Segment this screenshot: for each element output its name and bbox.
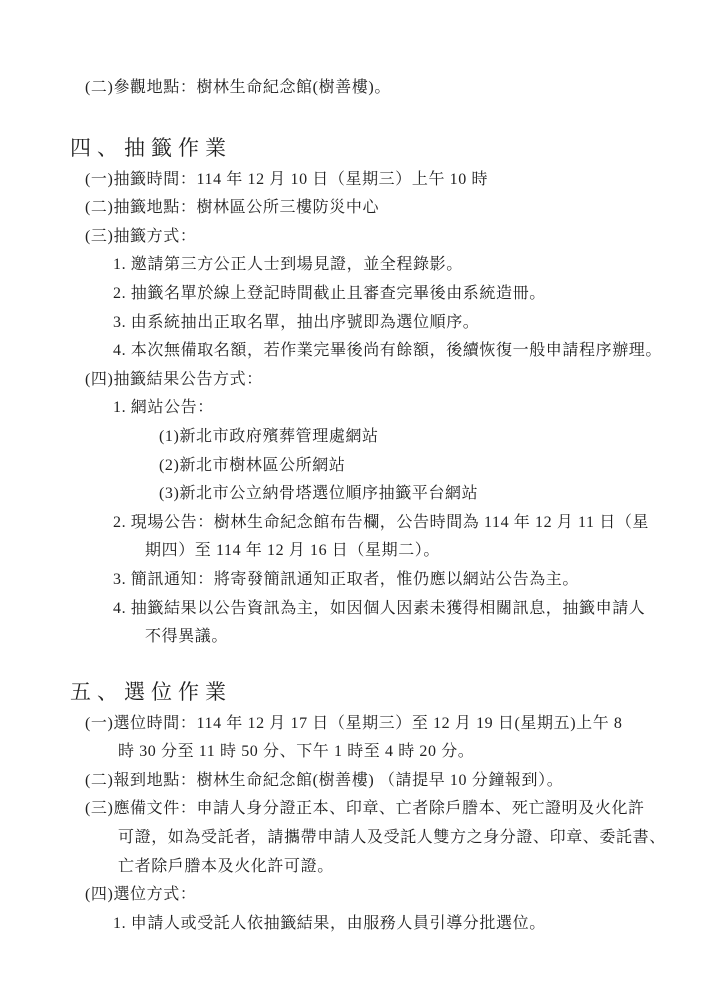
line-checkin-location: (二)報到地點：樹林生命紀念館(樹善樓) （請提早 10 分鐘報到）。 <box>85 767 707 796</box>
line-lottery-time: (一)抽籤時間：114 年 12 月 10 日（星期三）上午 10 時 <box>85 166 707 195</box>
line-lottery-method-label: (三)抽籤方式： <box>85 223 707 252</box>
line-selection-method-1: 1. 申請人或受託人依抽籤結果，由服務人員引導分批選位。 <box>113 910 707 939</box>
line-announcement-web-1: (1)新北市政府殯葬管理處網站 <box>159 423 707 452</box>
document-page: (二)參觀地點：樹林生命紀念館(樹善樓)。 四、抽籤作業 (一)抽籤時間：114… <box>0 0 707 1000</box>
line-lottery-method-2: 2. 抽籤名單於線上登記時間截止且審查完畢後由系統造冊。 <box>113 280 707 309</box>
heading-lottery-section: 四、抽籤作業 <box>70 130 707 166</box>
line-visit-location: (二)參觀地點：樹林生命紀念館(樹善樓)。 <box>85 74 707 103</box>
line-selection-method-label: (四)選位方式： <box>85 881 707 910</box>
line-announcement-result-1: 4. 抽籤結果以公告資訊為主，如因個人因素未獲得相關訊息，抽籤申請人 <box>113 595 707 624</box>
line-announcement-sms: 3. 簡訊通知：將寄發簡訊通知正取者，惟仍應以網站公告為主。 <box>113 566 707 595</box>
line-announcement-onsite-1: 2. 現場公告：樹林生命紀念館布告欄，公告時間為 114 年 12 月 11 日… <box>113 509 707 538</box>
line-documents-3: 亡者除戶謄本及火化許可證。 <box>118 853 707 882</box>
line-announcement-onsite-2: 期四）至 114 年 12 月 16 日（星期二）。 <box>145 537 707 566</box>
line-announcement-web-3: (3)新北市公立納骨塔選位順序抽籤平台網站 <box>159 480 707 509</box>
line-announcement-web-2: (2)新北市樹林區公所網站 <box>159 452 707 481</box>
line-documents-1: (三)應備文件：申請人身分證正本、印章、亡者除戶謄本、死亡證明及火化許 <box>85 795 707 824</box>
line-selection-time-1: (一)選位時間：114 年 12 月 17 日（星期三）至 12 月 19 日(… <box>85 710 707 739</box>
line-documents-2: 可證，如為受託者，請攜帶申請人及受託人雙方之身分證、印章、委託書、 <box>118 824 707 853</box>
line-selection-time-2: 時 30 分至 11 時 50 分、下午 1 時至 4 時 20 分。 <box>118 738 707 767</box>
line-lottery-location: (二)抽籤地點：樹林區公所三樓防災中心 <box>85 194 707 223</box>
line-lottery-method-4: 4. 本次無備取名額，若作業完畢後尚有餘額，後續恢復一般申請程序辦理。 <box>113 337 707 366</box>
line-announcement-result-2: 不得異議。 <box>145 623 707 652</box>
line-announcement-label: (四)抽籤結果公告方式： <box>85 366 707 395</box>
heading-selection-section: 五、選位作業 <box>70 674 707 710</box>
line-lottery-method-3: 3. 由系統抽出正取名單，抽出序號即為選位順序。 <box>113 309 707 338</box>
line-announcement-web-label: 1. 網站公告： <box>113 394 707 423</box>
line-lottery-method-1: 1. 邀請第三方公正人士到場見證，並全程錄影。 <box>113 251 707 280</box>
